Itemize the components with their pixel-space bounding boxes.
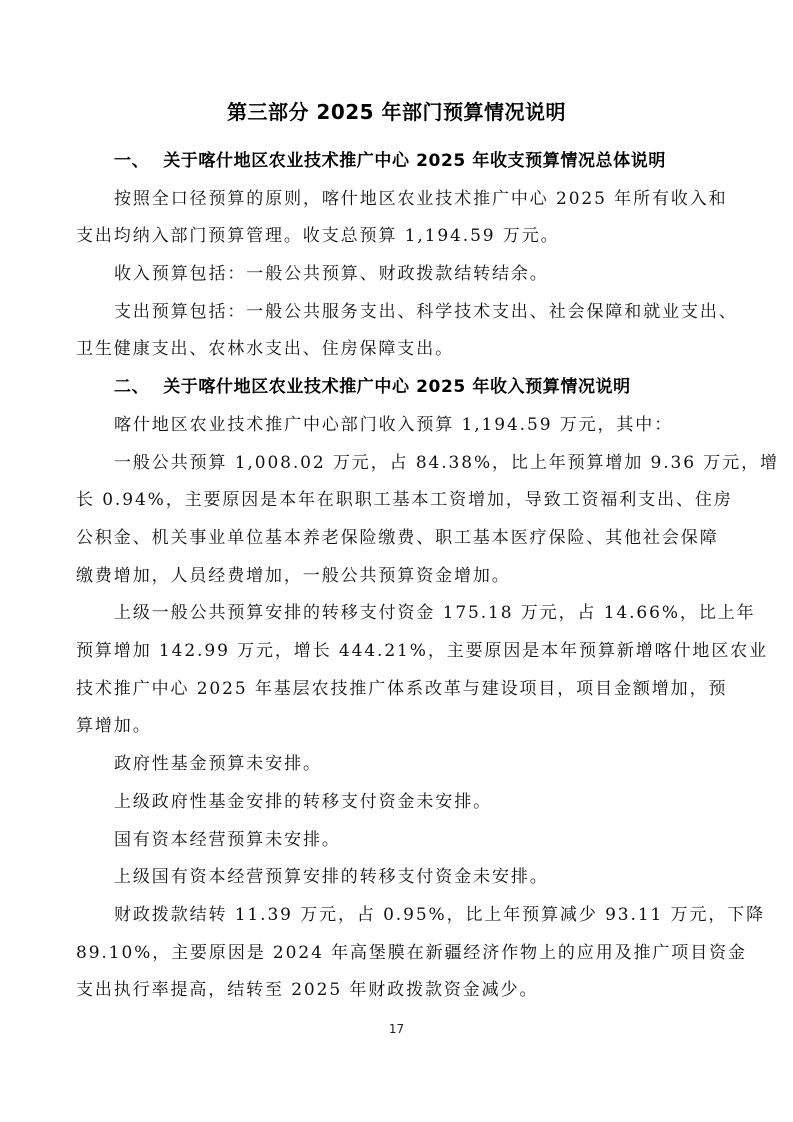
paragraph-line: 支出均纳入部门预算管理。收支总预算 1,194.59 万元。 xyxy=(76,225,721,247)
document-page: 第三部分 2025 年部门预算情况说明 一、关于喀什地区农业技术推广中心 202… xyxy=(0,0,793,1122)
paragraph-line: 技术推广中心 2025 年基层农技推广体系改革与建设项目，项目金额增加，预 xyxy=(76,678,721,700)
section-heading-text: 关于喀什地区农业技术推广中心 2025 年收支预算情况总体说明 xyxy=(163,151,666,171)
paragraph-line: 国有资本经营预算未安排。 xyxy=(114,829,721,851)
section-heading-2: 二、关于喀什地区农业技术推广中心 2025 年收入预算情况说明 xyxy=(114,376,721,398)
paragraph-line: 89.10%，主要原因是 2024 年高堡膜在新疆经济作物上的应用及推广项目资金 xyxy=(76,942,721,964)
paragraph-line: 喀什地区农业技术推广中心部门收入预算 1,194.59 万元，其中： xyxy=(114,414,721,436)
paragraph-line: 预算增加 142.99 万元，增长 444.21%，主要原因是本年预算新增喀什地… xyxy=(76,640,721,662)
paragraph-line: 上级国有资本经营预算安排的转移支付资金未安排。 xyxy=(114,866,721,888)
paragraph-line: 财政拨款结转 11.39 万元，占 0.95%，比上年预算减少 93.11 万元… xyxy=(114,904,721,926)
paragraph-line: 支出预算包括：一般公共服务支出、科学技术支出、社会保障和就业支出、 xyxy=(114,301,721,323)
section-heading-text: 关于喀什地区农业技术推广中心 2025 年收入预算情况说明 xyxy=(163,377,631,397)
paragraph-line: 政府性基金预算未安排。 xyxy=(114,753,721,775)
paragraph-line: 缴费增加，人员经费增加，一般公共预算资金增加。 xyxy=(76,565,721,587)
paragraph-line: 按照全口径预算的原则，喀什地区农业技术推广中心 2025 年所有收入和 xyxy=(114,188,721,210)
page-number: 17 xyxy=(0,1022,793,1036)
page-title: 第三部分 2025 年部门预算情况说明 xyxy=(0,96,793,125)
paragraph-line: 上级一般公共预算安排的转移支付资金 175.18 万元，占 14.66%，比上年 xyxy=(114,602,721,624)
paragraph-line: 公积金、机关事业单位基本养老保险缴费、职工基本医疗保险、其他社会保障 xyxy=(76,527,721,549)
paragraph-line: 收入预算包括：一般公共预算、财政拨款结转结余。 xyxy=(114,263,721,285)
paragraph-line: 算增加。 xyxy=(76,715,721,737)
paragraph-line: 支出执行率提高，结转至 2025 年财政拨款资金减少。 xyxy=(76,979,721,1001)
paragraph-line: 长 0.94%，主要原因是本年在职职工基本工资增加，导致工资福利支出、住房 xyxy=(76,489,721,511)
paragraph-line: 上级政府性基金安排的转移支付资金未安排。 xyxy=(114,791,721,813)
section-number: 一、 xyxy=(114,151,149,171)
paragraph-line: 一般公共预算 1,008.02 万元，占 84.38%，比上年预算增加 9.36… xyxy=(114,452,721,474)
paragraph-line: 卫生健康支出、农林水支出、住房保障支出。 xyxy=(76,338,721,360)
section-number: 二、 xyxy=(114,377,149,397)
section-heading-1: 一、关于喀什地区农业技术推广中心 2025 年收支预算情况总体说明 xyxy=(114,150,721,172)
